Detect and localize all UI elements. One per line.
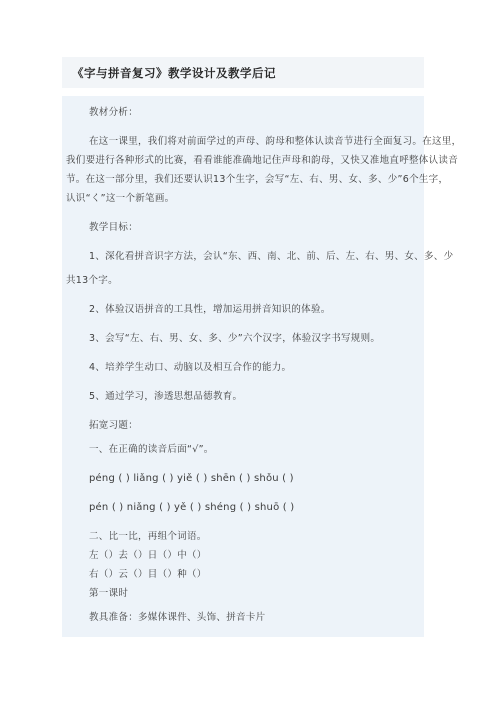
text-line: pén ( ) niǎng ( ) yě ( ) shéng ( ) shuō … (66, 500, 420, 515)
text-line: 拓宽习题： (66, 418, 420, 433)
text-line: péng ( ) liǎng ( ) yiě ( ) shēn ( ) shǒu… (66, 471, 420, 486)
text-line: 右（）云（）目（）种（） (66, 567, 420, 582)
text-line: 2、体验汉语拼音的工具性，增加运用拼音知识的体验。 (66, 302, 420, 317)
document-title: 《字与拼音复习》教学设计及教学后记 (72, 65, 276, 81)
text-line: 认识“く”这一个新笔画。 (66, 191, 420, 206)
document-body: 教材分析：在这一课里，我们将对前面学过的声母、韵母和整体认读音节进行全面复习。在… (62, 96, 424, 637)
text-line: 节。在这一部分里，我们还要认识13个生字，会写“左、右、男、女、多、少”6个生字… (66, 172, 420, 187)
text-line: 二、比一比，再组个词语。 (66, 529, 420, 544)
text-line: 4、培养学生动口、动脑以及相互合作的能力。 (66, 360, 420, 375)
document-page: 《字与拼音复习》教学设计及教学后记 教材分析：在这一课里，我们将对前面学过的声母… (0, 0, 500, 707)
text-line: 教学目标： (66, 220, 420, 235)
text-line: 教材分析： (66, 105, 420, 120)
text-line: 在这一课里，我们将对前面学过的声母、韵母和整体认读音节进行全面复习。在这里， (66, 134, 420, 149)
text-line: 教具准备：多媒体课件、头饰、拼音卡片 (66, 610, 420, 625)
document-title-block: 《字与拼音复习》教学设计及教学后记 (62, 57, 424, 88)
text-line: 左（）去（）日（）中（） (66, 548, 420, 563)
text-line: 共13个字。 (66, 273, 420, 288)
text-line: 第一课时 (66, 586, 420, 601)
text-line: 5、通过学习，渗透思想品德教育。 (66, 389, 420, 404)
text-line: 3、会写“左、右、男、女、多、少”六个汉字，体验汉字书写规则。 (66, 331, 420, 346)
text-line: 我们要进行各种形式的比赛，看看谁能准确地记住声母和韵母，又快又准地直呼整体认读音 (66, 153, 420, 168)
text-line: 一、在正确的读音后面“√”。 (66, 442, 420, 457)
text-line: 1、深化看拼音识字方法，会认“东、西、南、北、前、后、左、右、男、女、多、少 (66, 249, 420, 264)
